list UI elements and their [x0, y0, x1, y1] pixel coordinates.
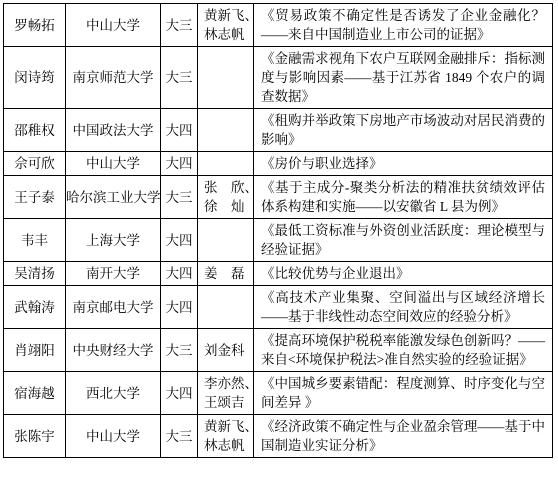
university-cell: 中央财经大学	[66, 329, 161, 372]
advisors-cell	[198, 286, 254, 329]
advisor-name: 黄新飞、	[204, 6, 253, 25]
grade-cell: 大四	[161, 262, 198, 286]
university-cell: 西北大学	[66, 372, 161, 415]
table-row: 罗畅拓中山大学大三黄新飞、林志帆《贸易政策不确定性是否诱发了企业金融化？——来自…	[4, 4, 553, 47]
table-row: 邵稚权中国政法大学大四《租购并举政策下房地产市场波动对居民消费的影响》	[4, 109, 553, 152]
grade-cell: 大三	[161, 47, 198, 109]
table-row: 武翰涛南京邮电大学大四《高技术产业集聚、空间溢出与区域经济增长——基于非线性动态…	[4, 286, 553, 329]
grade-cell: 大三	[161, 329, 198, 372]
table-row: 闵诗筠南京师范大学大三《金融需求视角下农户互联网金融排斥：指标测度与影响因素——…	[4, 47, 553, 109]
paper-title-cell: 《基于主成分-聚类分析法的精准扶贫绩效评估体系构建和实施——以安徽省 L 县为例…	[254, 176, 553, 219]
university-cell: 中山大学	[66, 415, 161, 458]
advisors-cell: 黄新飞、林志帆	[198, 4, 254, 47]
grade-cell: 大四	[161, 219, 198, 262]
student-name-cell: 武翰涛	[4, 286, 66, 329]
table-row: 宿海越西北大学大四李亦然、王颂吉《中国城乡要素错配：程度测算、时序变化与空间差异…	[4, 372, 553, 415]
advisor-name: 李亦然、	[204, 374, 253, 393]
paper-title-cell: 《比较优势与企业退出》	[254, 262, 553, 286]
grade-cell: 大四	[161, 286, 198, 329]
university-cell: 哈尔滨工业大学	[66, 176, 161, 219]
student-name-cell: 韦丰	[4, 219, 66, 262]
university-cell: 南京师范大学	[66, 47, 161, 109]
paper-title-cell: 《高技术产业集聚、空间溢出与区域经济增长——基于非线性动态空间效应的经验分析》	[254, 286, 553, 329]
advisors-cell	[198, 47, 254, 109]
university-cell: 南开大学	[66, 262, 161, 286]
paper-title-cell: 《最低工资标准与外资创业活跃度：理论模型与经验证据》	[254, 219, 553, 262]
student-name-cell: 张陈宇	[4, 415, 66, 458]
advisor-name: 刘金科	[204, 341, 253, 360]
document-page: 罗畅拓中山大学大三黄新飞、林志帆《贸易政策不确定性是否诱发了企业金融化？——来自…	[0, 0, 558, 458]
grade-cell: 大四	[161, 372, 198, 415]
student-papers-table: 罗畅拓中山大学大三黄新飞、林志帆《贸易政策不确定性是否诱发了企业金融化？——来自…	[3, 3, 553, 458]
advisor-name: 徐 灿	[204, 197, 253, 216]
advisors-cell: 刘金科	[198, 329, 254, 372]
advisors-cell	[198, 152, 254, 176]
student-name-cell: 佘可欣	[4, 152, 66, 176]
table-row: 王子泰哈尔滨工业大学大三张 欣、徐 灿《基于主成分-聚类分析法的精准扶贫绩效评估…	[4, 176, 553, 219]
advisor-name: 黄新飞、	[204, 417, 253, 436]
table-row: 吴清扬南开大学大四姜 磊《比较优势与企业退出》	[4, 262, 553, 286]
table-row: 佘可欣中山大学大四《房价与职业选择》	[4, 152, 553, 176]
paper-title-cell: 《金融需求视角下农户互联网金融排斥：指标测度与影响因素——基于江苏省 1849 …	[254, 47, 553, 109]
paper-title-cell: 《租购并举政策下房地产市场波动对居民消费的影响》	[254, 109, 553, 152]
paper-title-cell: 《提高环境保护税税率能激发绿色创新吗？——来自<环境保护税法>准自然实验的经验证…	[254, 329, 553, 372]
university-cell: 中山大学	[66, 4, 161, 47]
table-row: 张陈宇中山大学大三黄新飞、林志帆《经济政策不确定性与企业盈余管理——基于中国制造…	[4, 415, 553, 458]
grade-cell: 大四	[161, 109, 198, 152]
advisor-name: 姜 磊	[204, 264, 253, 283]
advisor-name: 林志帆	[204, 25, 253, 44]
grade-cell: 大四	[161, 152, 198, 176]
university-cell: 中国政法大学	[66, 109, 161, 152]
paper-title-cell: 《经济政策不确定性与企业盈余管理——基于中国制造业实证分析》	[254, 415, 553, 458]
grade-cell: 大三	[161, 176, 198, 219]
advisor-name: 王颂吉	[204, 393, 253, 412]
student-name-cell: 肖翊阳	[4, 329, 66, 372]
student-name-cell: 王子泰	[4, 176, 66, 219]
table-body: 罗畅拓中山大学大三黄新飞、林志帆《贸易政策不确定性是否诱发了企业金融化？——来自…	[4, 4, 553, 458]
grade-cell: 大三	[161, 415, 198, 458]
paper-title-cell: 《房价与职业选择》	[254, 152, 553, 176]
grade-cell: 大三	[161, 4, 198, 47]
advisor-name: 张 欣、	[204, 178, 253, 197]
student-name-cell: 罗畅拓	[4, 4, 66, 47]
advisors-cell: 张 欣、徐 灿	[198, 176, 254, 219]
paper-title-cell: 《贸易政策不确定性是否诱发了企业金融化？——来自中国制造业上市公司的证据》	[254, 4, 553, 47]
advisors-cell: 李亦然、王颂吉	[198, 372, 254, 415]
university-cell: 中山大学	[66, 152, 161, 176]
advisor-name: 林志帆	[204, 436, 253, 455]
paper-title-cell: 《中国城乡要素错配：程度测算、时序变化与空间差异 》	[254, 372, 553, 415]
table-row: 肖翊阳中央财经大学大三刘金科《提高环境保护税税率能激发绿色创新吗？——来自<环境…	[4, 329, 553, 372]
advisors-cell	[198, 109, 254, 152]
student-name-cell: 吴清扬	[4, 262, 66, 286]
university-cell: 上海大学	[66, 219, 161, 262]
student-name-cell: 宿海越	[4, 372, 66, 415]
advisors-cell: 黄新飞、林志帆	[198, 415, 254, 458]
table-row: 韦丰上海大学大四《最低工资标准与外资创业活跃度：理论模型与经验证据》	[4, 219, 553, 262]
university-cell: 南京邮电大学	[66, 286, 161, 329]
advisors-cell	[198, 219, 254, 262]
student-name-cell: 闵诗筠	[4, 47, 66, 109]
advisors-cell: 姜 磊	[198, 262, 254, 286]
student-name-cell: 邵稚权	[4, 109, 66, 152]
